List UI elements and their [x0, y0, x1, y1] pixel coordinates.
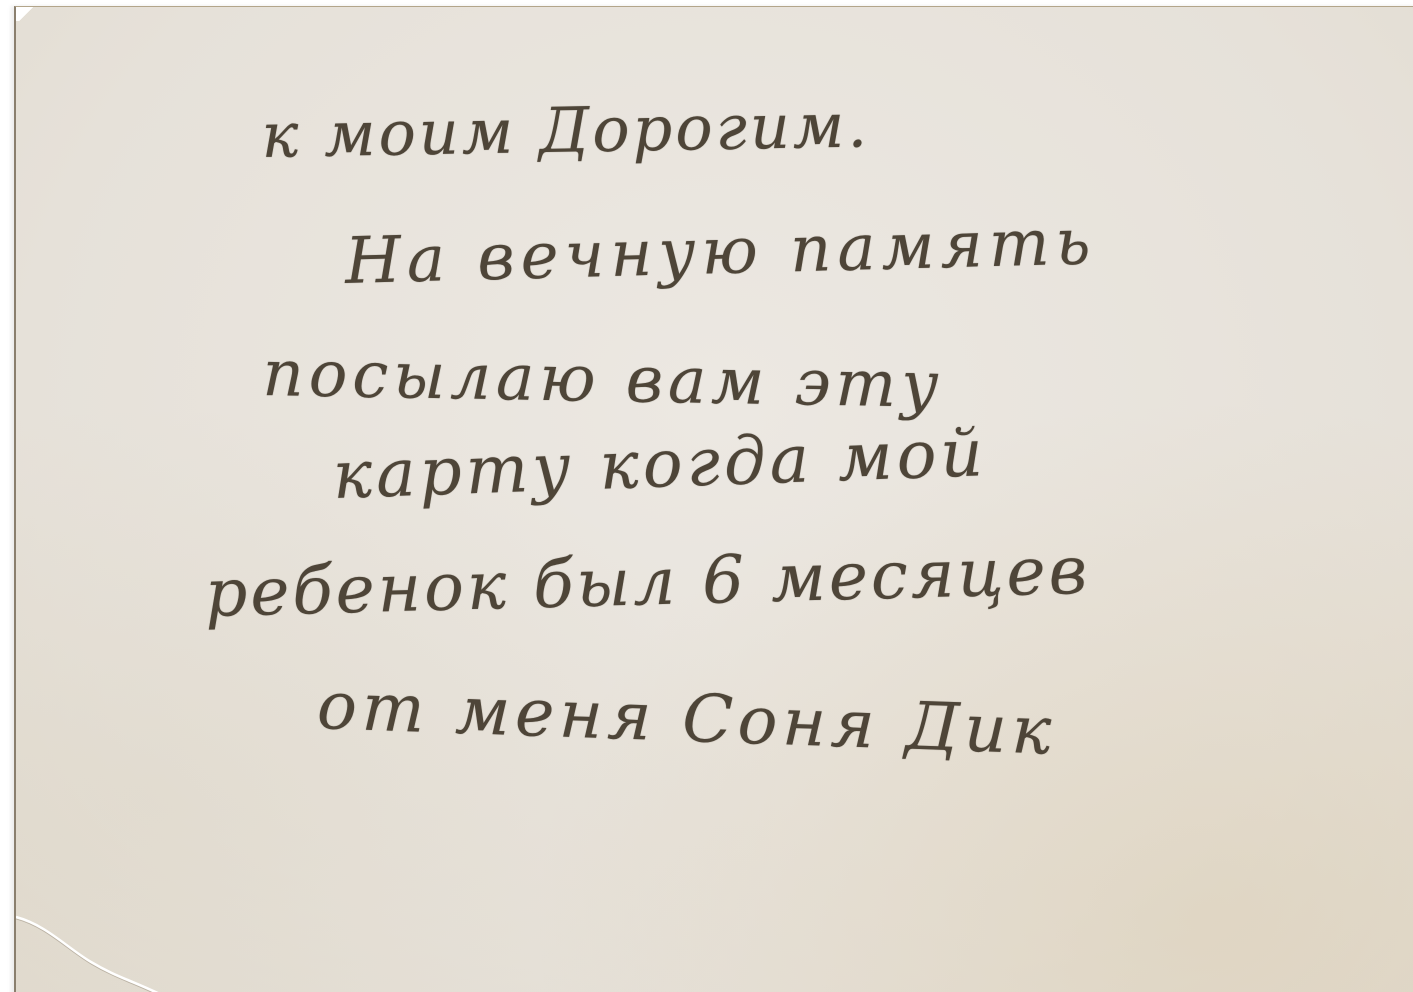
signature-line: от меня Соня Дик [316, 667, 1057, 770]
message-line-4: карту когда мой [331, 414, 988, 514]
handwritten-message: к моим Дорогим. На вечную память посылаю… [16, 7, 1413, 992]
postcard-back: к моим Дорогим. На вечную память посылаю… [14, 6, 1413, 992]
scanned-document: к моим Дорогим. На вечную память посылаю… [0, 0, 1413, 992]
message-line-3: посылаю вам эту [262, 337, 944, 423]
message-line-2: На вечную память [344, 205, 1097, 299]
greeting-line: к моим Дорогим. [261, 88, 871, 172]
message-line-5: ребенок был 6 месяцев [204, 532, 1091, 632]
